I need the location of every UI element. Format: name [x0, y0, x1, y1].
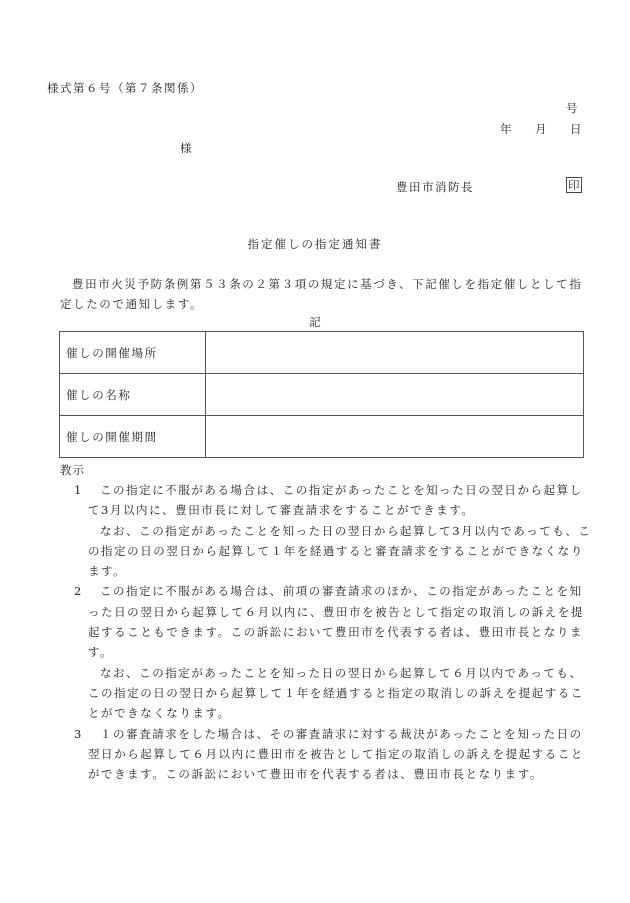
row-value-name[interactable]	[206, 374, 584, 416]
table-row: 催しの開催期間	[60, 416, 584, 458]
note-number: 3	[74, 724, 81, 744]
note-item: 2 この指定に不服がある場合は、前項の審査請求のほか、この指定があったことを知っ…	[74, 581, 594, 723]
ki-heading: 記	[0, 314, 630, 330]
row-label-period: 催しの開催期間	[60, 416, 206, 458]
note-item: 3 １の審査請求をした場合は、その審査請求に対する裁決があったことを知った日の翌…	[74, 724, 594, 785]
date-year: 年	[500, 121, 513, 137]
date-day: 日	[570, 121, 583, 137]
row-label-venue: 催しの開催場所	[60, 332, 206, 374]
note-paragraph: １の審査請求をした場合は、その審査請求に対する裁決があったことを知った日の翌日か…	[88, 724, 594, 785]
date-field: 年月日	[500, 121, 583, 137]
note-item: 1 この指定に不服がある場合は、この指定があったことを知った日の翌日から起算して…	[74, 480, 594, 581]
row-value-period[interactable]	[206, 416, 584, 458]
kyoji-notes: 1 この指定に不服がある場合は、この指定があったことを知った日の翌日から起算して…	[74, 480, 594, 784]
note-paragraph: この指定に不服がある場合は、前項の審査請求のほか、この指定があったことを知った日…	[88, 581, 594, 662]
note-paragraph: なお、この指定があったことを知った日の翌日から起算して3月以内であっても、この指…	[88, 521, 594, 582]
note-paragraph: なお、この指定があったことを知った日の翌日から起算して６月以内であっても、この指…	[88, 663, 594, 724]
form-number: 様式第６号（第７条関係）	[47, 80, 203, 96]
issuer-name: 豊田市消防長	[396, 179, 474, 195]
date-month: 月	[535, 121, 548, 137]
seal-icon: 印	[566, 177, 582, 193]
document-number-field: 号	[566, 100, 579, 116]
document-title: 指定催しの指定通知書	[0, 236, 630, 252]
table-row: 催しの開催場所	[60, 332, 584, 374]
event-info-table: 催しの開催場所 催しの名称 催しの開催期間	[59, 331, 584, 458]
note-paragraph: この指定に不服がある場合は、この指定があったことを知った日の翌日から起算して3月…	[88, 480, 594, 521]
note-number: 2	[74, 581, 81, 601]
row-label-name: 催しの名称	[60, 374, 206, 416]
body-paragraph: 豊田市火災予防条例第５３条の２第３項の規定に基づき、下記催しを指定催しとして指定…	[60, 274, 585, 314]
kyoji-heading: 教示	[60, 462, 85, 478]
addressee-field: 様	[180, 140, 193, 156]
table-row: 催しの名称	[60, 374, 584, 416]
row-value-venue[interactable]	[206, 332, 584, 374]
note-number: 1	[74, 480, 81, 500]
